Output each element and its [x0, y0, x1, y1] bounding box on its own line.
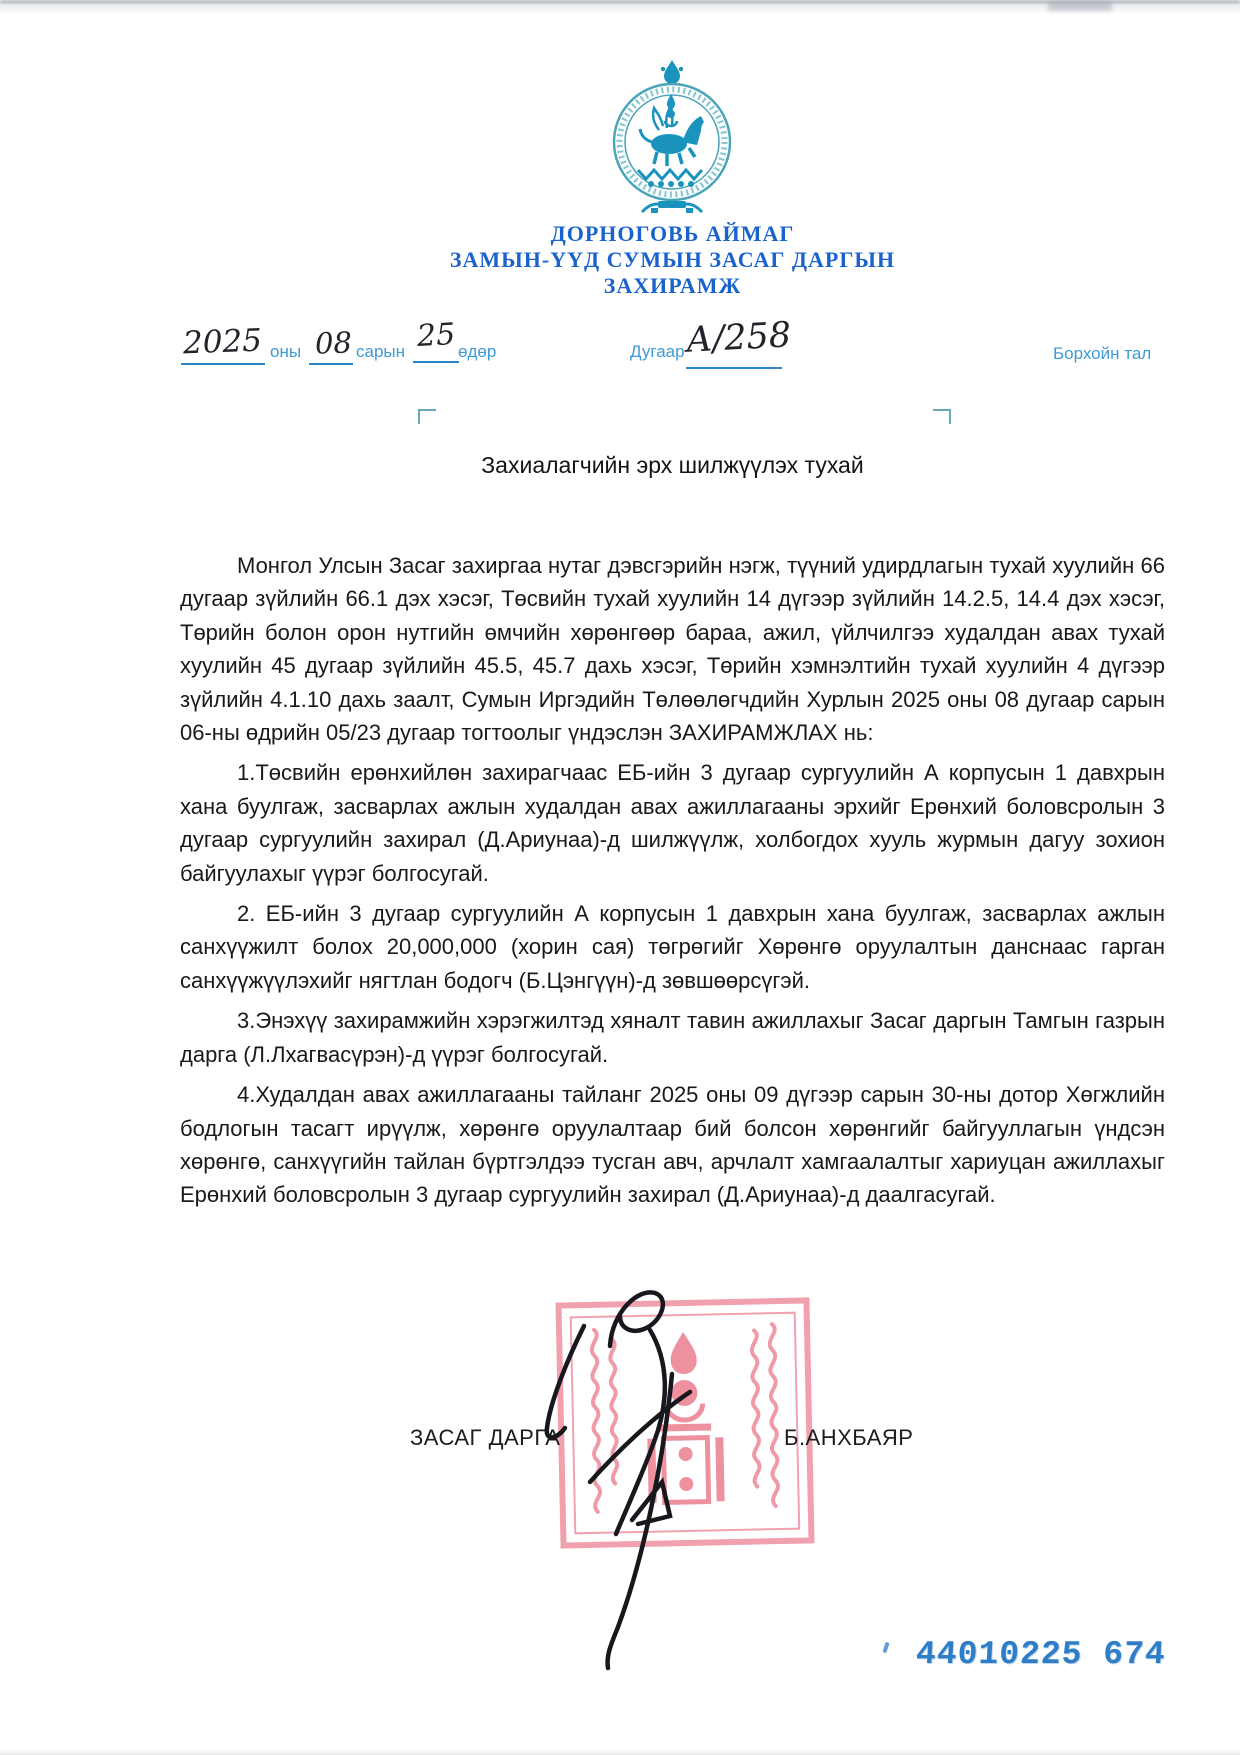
preamble-paragraph: Монгол Улсын Засаг захиргаа нутаг дэвсгэ… — [180, 549, 1165, 749]
day-label: өдөр — [458, 342, 496, 362]
letterhead: ДОРНОГОВЬ АЙМАГ ЗАМЫН-ҮҮД СУМЫН ЗАСАГ ДА… — [180, 221, 1165, 298]
letterhead-doc-type: ЗАХИРАМЖ — [180, 273, 1165, 299]
ink-tick-mark — [882, 1642, 889, 1654]
signer-position-label: ЗАСАГ ДАРГА — [410, 1425, 560, 1451]
scanned-decree-page: ДОРНОГОВЬ АЙМАГ ЗАМЫН-ҮҮД СУМЫН ЗАСАГ ДА… — [0, 0, 1240, 1755]
scan-artifact-streak — [1048, 2, 1112, 11]
decree-title: Захиалагчийн эрх шилжүүлэх тухай — [180, 452, 1165, 479]
number-underline: А/258 — [686, 334, 782, 369]
scan-artifact-bottom-edge — [0, 1749, 1240, 1755]
registry-number: 44010225 674 — [915, 1636, 1167, 1673]
number-label: Дугаар — [630, 342, 685, 362]
letterhead-aimag: ДОРНОГОВЬ АЙМАГ — [180, 221, 1165, 247]
crop-mark-left — [418, 409, 436, 424]
month-underline: 08 — [309, 330, 353, 365]
decree-item-4: 4.Худалдан авах ажиллагааны тайланг 2025… — [180, 1078, 1165, 1212]
signer-name: Б.АНХБАЯР — [784, 1425, 913, 1451]
decree-body: Монгол Улсын Засаг захиргаа нутаг дэвсгэ… — [180, 549, 1165, 1219]
handwritten-number: А/258 — [685, 315, 792, 360]
decree-item-2: 2. ЕБ-ийн 3 дугаар сургуулийн А корпусын… — [180, 897, 1165, 997]
year-underline: 2025 — [181, 330, 265, 365]
month-label: сарын — [356, 342, 405, 362]
handwritten-month: 08 — [314, 325, 352, 360]
handwritten-day: 25 — [416, 317, 456, 354]
crop-mark-right — [933, 409, 951, 424]
letterhead-soum: ЗАМЫН-ҮҮД СУМЫН ЗАСАГ ДАРГЫН — [180, 247, 1165, 273]
handwritten-year: 2025 — [182, 323, 262, 362]
location-note: Борхойн тал — [1053, 344, 1151, 364]
decree-item-1: 1.Төсвийн ерөнхийлөн захирагчаас ЕБ-ийн … — [180, 756, 1165, 890]
year-label: оны — [270, 342, 301, 362]
state-emblem-icon — [607, 56, 737, 214]
day-underline: 25 — [413, 328, 459, 363]
decree-item-3: 3.Энэхүү захирамжийн хэрэгжилтэд хяналт … — [180, 1004, 1165, 1071]
governor-signature-ink — [492, 1282, 772, 1677]
